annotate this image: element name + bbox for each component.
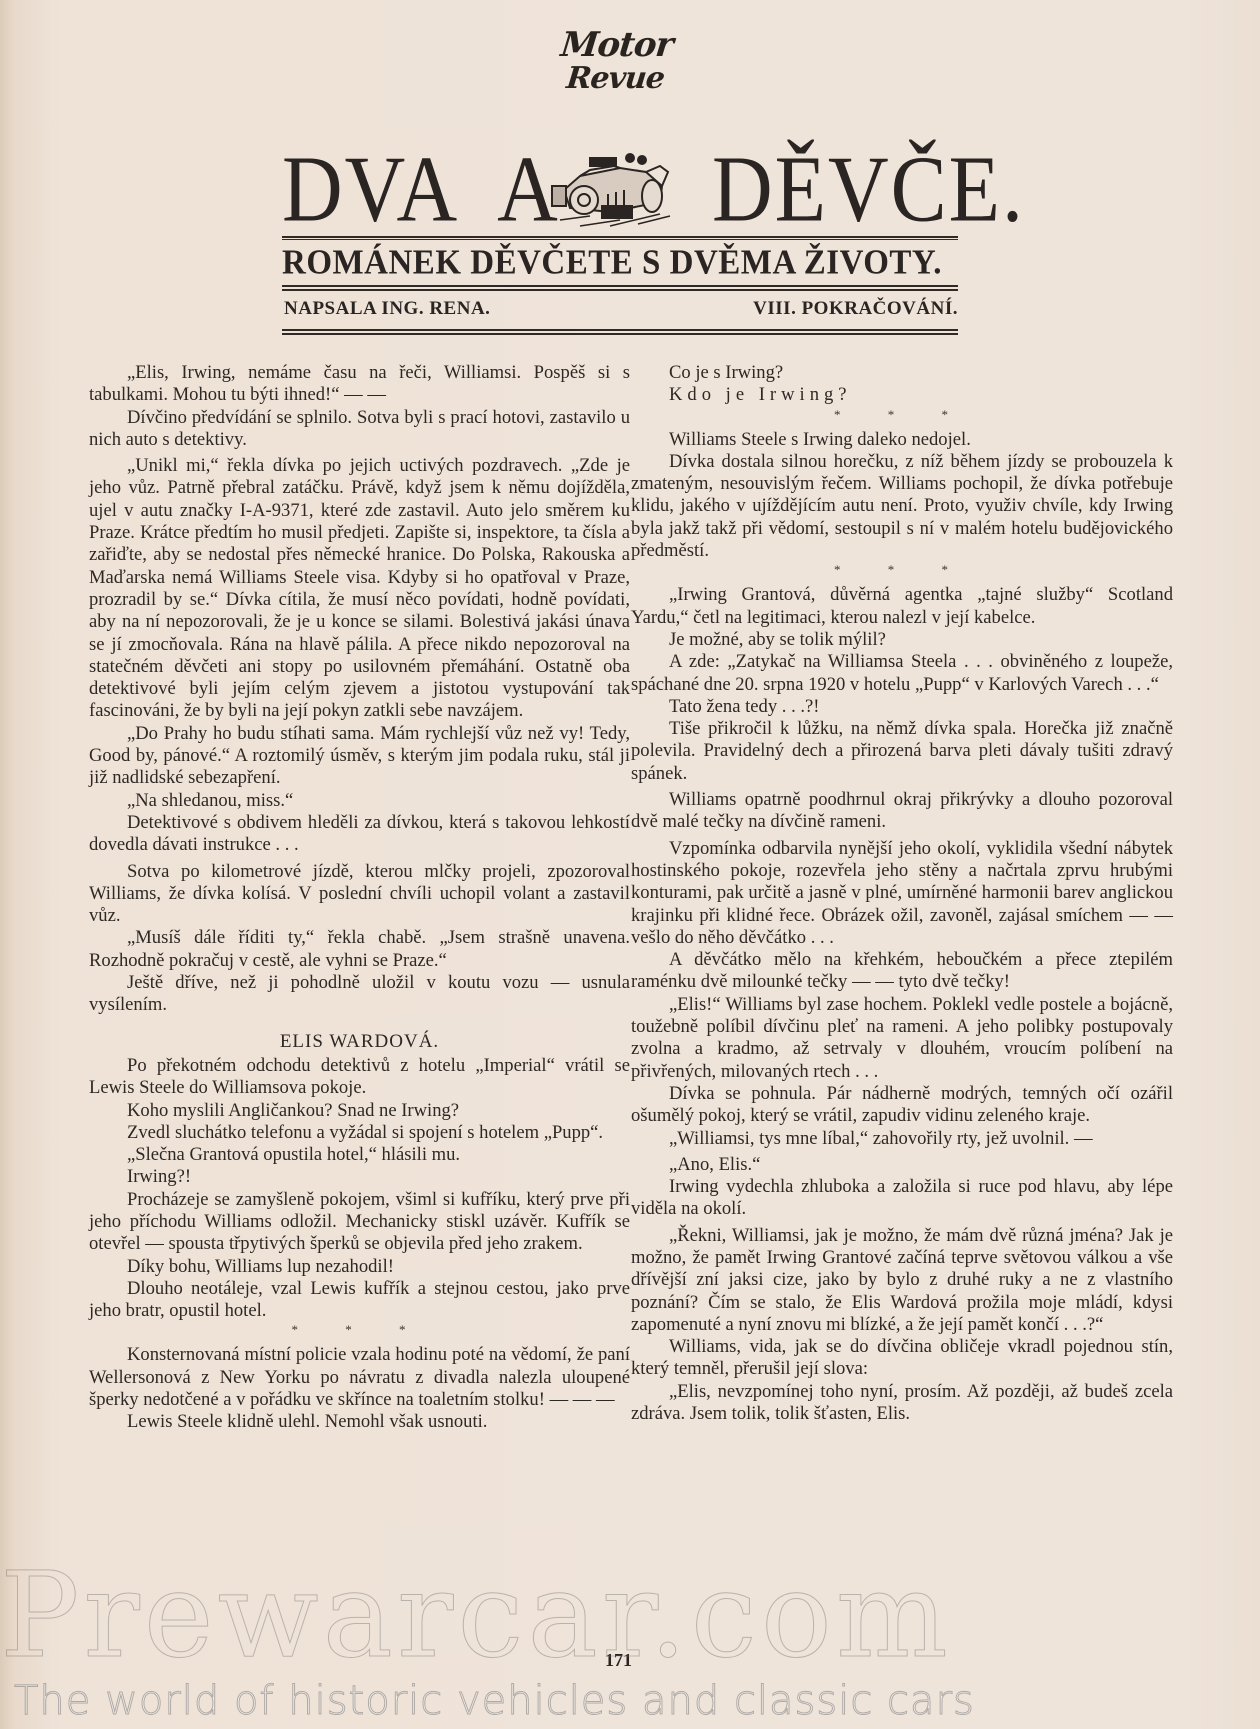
title-left: DVAA — [282, 140, 560, 241]
paragraph: „Elis, nevzpomínej toho nyní, prosím. Až… — [631, 1381, 1173, 1426]
paragraph: Dívčino předvídání se splnilo. Sotva byl… — [89, 407, 630, 452]
paragraph: Irwing vydechla zhluboka a založila si r… — [631, 1176, 1173, 1221]
paragraph: Zvedl sluchátko telefonu a vyžádal si sp… — [89, 1122, 630, 1144]
paragraph: Tato žena tedy . . .?! — [631, 696, 1173, 718]
paragraph: „Na shledanou, miss.“ — [89, 790, 630, 812]
paragraph: Detektivové s obdivem hleděli za dívkou,… — [89, 812, 630, 857]
paragraph: Je možné, aby se tolik mýlil? — [631, 629, 1173, 651]
vintage-car-icon — [550, 150, 672, 228]
paragraph: Dlouho neotáleje, vzal Lewis kufřík a st… — [89, 1278, 630, 1323]
paragraph: „Slečna Grantová opustila hotel,“ hlásil… — [89, 1144, 630, 1166]
paragraph: Dívka se pohnula. Pár nádherně modrých, … — [631, 1083, 1173, 1128]
paragraph: Koho myslili Angličankou? Snad ne Irwing… — [89, 1100, 630, 1122]
title-word-dva: DVA — [282, 138, 459, 242]
watermark-tagline: The world of historic vehicles and class… — [14, 1676, 975, 1726]
article-title: DVAA DĚVČE. — [282, 140, 960, 230]
logo-line-1: Motor — [545, 28, 689, 62]
byline: NAPSALA ING. RENA. VIII. POKRAČOVÁNÍ. — [282, 298, 958, 328]
paragraph: Vzpomínka odbarvila nynější jeho okolí, … — [631, 838, 1173, 949]
paragraph: „Ano, Elis.“ — [631, 1154, 1173, 1176]
paragraph: Tiše přikročil k lůžku, na němž dívka sp… — [631, 718, 1173, 785]
paragraph: „Williamsi, tys mne líbal,“ zahovořily r… — [631, 1128, 1173, 1150]
logo-line-2: Revue — [545, 62, 685, 96]
paragraph: „Elis, Irwing, nemáme času na řeči, Will… — [89, 362, 630, 407]
paragraph: Konsternovaná místní policie vzala hodin… — [89, 1344, 630, 1411]
paragraph: Williams, vida, jak se do dívčina obliče… — [631, 1336, 1173, 1381]
author: NAPSALA ING. RENA. — [284, 298, 490, 320]
title-rule-top — [282, 236, 958, 238]
paragraph: Dívka dostala silnou horečku, z níž běhe… — [631, 451, 1173, 562]
paragraph: Ještě dříve, než ji pohodlně uložil v ko… — [89, 972, 630, 1017]
subtitle-rule — [282, 285, 958, 287]
paragraph: Lewis Steele klidně ulehl. Nemohl však u… — [89, 1411, 630, 1433]
section-separator: * * * — [631, 562, 1173, 578]
subtitle-rule-second — [282, 289, 958, 291]
right-column: Co je s Irwing? Kdo je Irwing? * * * Wil… — [631, 362, 1173, 1425]
paragraph: A zde: „Zatykač na Williamsa Steela . . … — [631, 651, 1173, 696]
paragraph: „Řekni, Williamsi, jak je možno, že mám … — [631, 1225, 1173, 1336]
magazine-page: Motor Revue DVAA DĚVČE. ROM — [0, 0, 1260, 1729]
paragraph: Po překotném odchodu detektivů z hotelu … — [89, 1055, 630, 1100]
left-column: „Elis, Irwing, nemáme času na řeči, Will… — [89, 362, 630, 1434]
paragraph: „Elis!“ Williams byl zase hochem. Poklek… — [631, 994, 1173, 1083]
section-separator: * * * — [89, 1322, 630, 1338]
title-rule-top-thin — [282, 239, 958, 240]
paragraph: Procházeje se zamyšleně pokojem, všiml s… — [89, 1189, 630, 1256]
paragraph: A děvčátko mělo na křehkém, heboučkém a … — [631, 949, 1173, 994]
paragraph: Irwing?! — [89, 1166, 630, 1188]
paragraph: Williams opatrně poodhrnul okraj přikrýv… — [631, 789, 1173, 834]
byline-rule-second — [282, 333, 958, 335]
paragraph: „Do Prahy ho budu stíhati sama. Mám rych… — [89, 723, 630, 790]
title-right: DĚVČE. — [712, 140, 1025, 241]
paragraph: „Unikl mi,“ řekla dívka po jejich uctivý… — [89, 455, 630, 723]
paragraph: Sotva po kilometrové jízdě, kterou mlčky… — [89, 861, 630, 928]
paragraph: „Musíš dále říditi ty,“ řekla chabě. „Js… — [89, 927, 630, 972]
section-separator: * * * — [631, 407, 1173, 423]
paragraph: Williams Steele s Irwing daleko nedojel. — [631, 429, 1173, 451]
paragraph: „Irwing Grantová, důvěrná agentka „tajné… — [631, 584, 1173, 629]
paragraph: Díky bohu, Williams lup nezahodil! — [89, 1256, 630, 1278]
section-heading: ELIS WARDOVÁ. — [89, 1031, 630, 1053]
page-number: 171 — [605, 1650, 632, 1671]
article-subtitle: ROMÁNEK DĚVČETE S DVĚMA ŽIVOTY. — [282, 242, 958, 284]
byline-rule — [282, 329, 958, 331]
motor-revue-logo: Motor Revue — [541, 28, 688, 96]
paragraph: Co je s Irwing? — [631, 362, 1173, 384]
paragraph-spaced: Kdo je Irwing? — [631, 384, 1173, 406]
installment-number: VIII. POKRAČOVÁNÍ. — [753, 298, 958, 320]
